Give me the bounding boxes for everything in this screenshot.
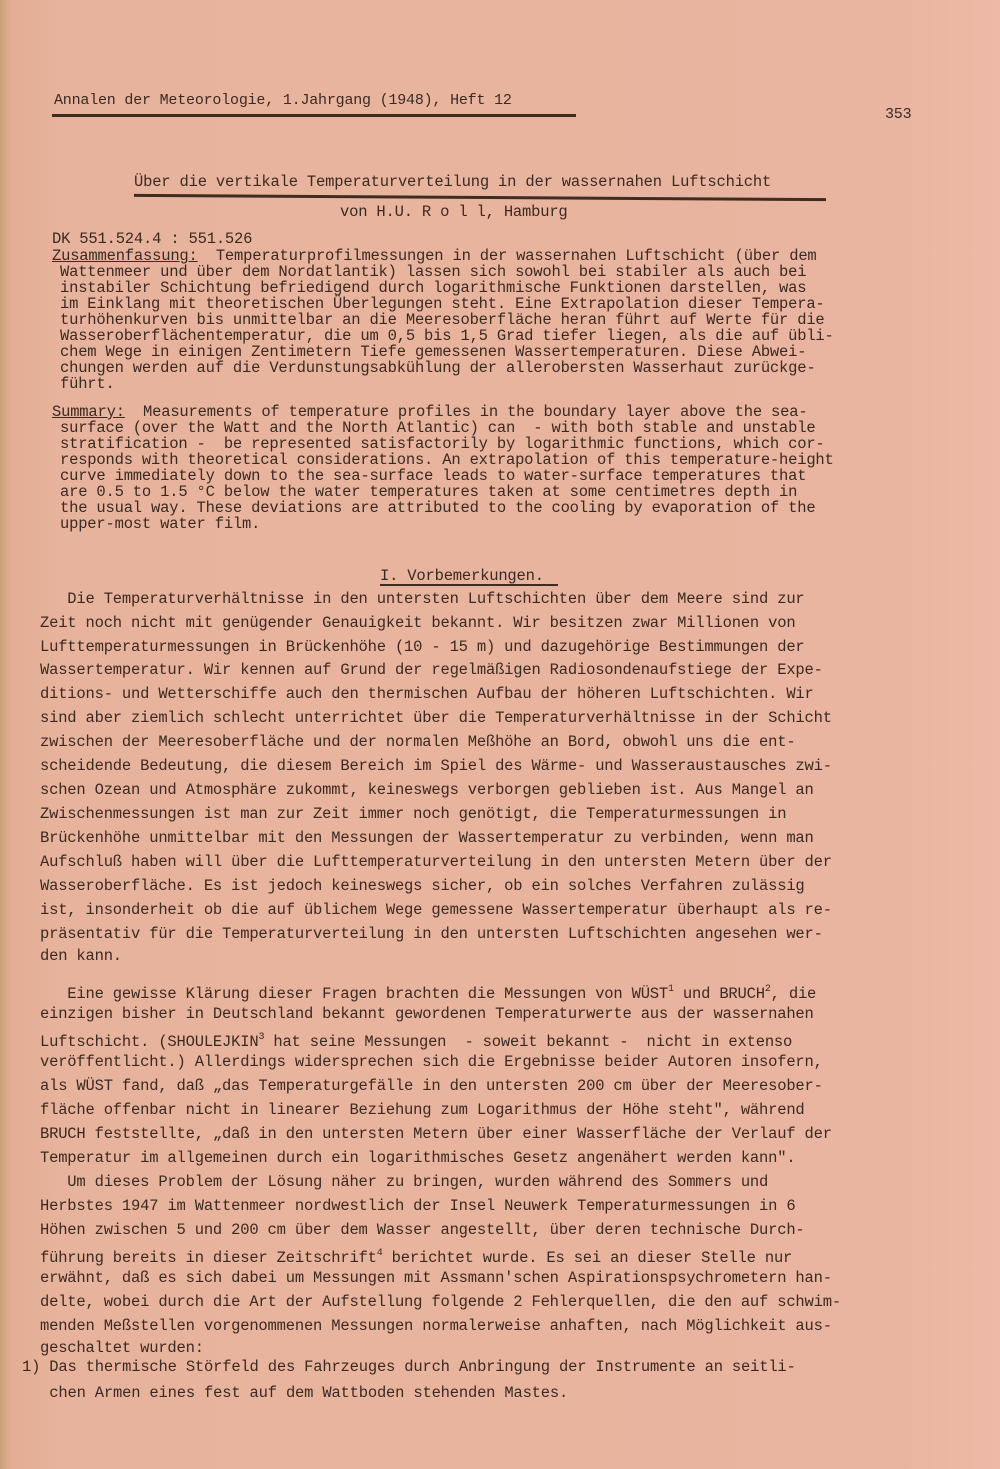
article-title: Über die vertikale Temperaturverteilung … bbox=[134, 173, 771, 191]
body-line: Wasseroberfläche. Es ist jedoch keineswe… bbox=[40, 877, 805, 895]
body-line: ditions- und Wetterschiffe auch den ther… bbox=[40, 685, 814, 703]
body-line: Um dieses Problem der Lösung näher zu br… bbox=[40, 1173, 768, 1191]
body-line: Die Temperaturverhältnisse in den unters… bbox=[40, 590, 805, 608]
body-line: Zwischenmessungen ist man zur Zeit immer… bbox=[40, 805, 786, 823]
body-line: Höhen zwischen 5 und 200 cm über dem Was… bbox=[40, 1221, 805, 1239]
zusammenfassung-line: im Einklang mit theoretischen Überlegung… bbox=[60, 296, 825, 312]
body-line: erwähnt, daß es sich dabei um Messungen … bbox=[40, 1269, 832, 1287]
dk-classification: DK 551.524.4 : 551.526 bbox=[52, 230, 252, 248]
body-line: menden Meßstellen vorgenommenen Messunge… bbox=[40, 1317, 832, 1335]
body-line: Eine gewisse Klärung dieser Fragen brach… bbox=[40, 981, 816, 1003]
summary-line: upper-most water film. bbox=[60, 516, 260, 532]
body-line: geschaltet wurden: bbox=[40, 1339, 204, 1357]
section-heading-underline bbox=[380, 584, 558, 586]
body-line: Luftschicht. (SHOULEJKIN3 hat seine Mess… bbox=[40, 1029, 792, 1051]
document-page: Annalen der Meteorologie, 1.Jahrgang (19… bbox=[0, 0, 1000, 1469]
page-number: 353 bbox=[885, 106, 911, 124]
body-line: zwischen der Meeresoberfläche und der no… bbox=[40, 733, 795, 751]
zusammenfassung-line: führt. bbox=[60, 376, 115, 392]
body-line: Temperatur im allgemeinen durch ein loga… bbox=[40, 1149, 795, 1167]
zusammenfassung-line: chungen werden auf die Verdunstungsabküh… bbox=[60, 360, 815, 376]
body-line: als WÜST fand, daß „das Temperaturgefäll… bbox=[40, 1077, 823, 1095]
summary-line: responds with theoretical considerations… bbox=[60, 452, 834, 468]
zusammenfassung-line: turhöhenkurven bis unmittelbar an die Me… bbox=[60, 312, 825, 328]
body-line: fläche offenbar nicht in linearer Bezieh… bbox=[40, 1101, 805, 1119]
body-line: führung bereits in dieser Zeitschrift4 b… bbox=[40, 1245, 792, 1267]
running-head-underline bbox=[52, 114, 576, 117]
summary-line: surface (over the Watt and the North Atl… bbox=[60, 420, 815, 436]
body-line: schen Ozean und Atmosphäre zukommt, kein… bbox=[40, 781, 814, 799]
summary-line: curve immediately down to the sea-surfac… bbox=[60, 468, 806, 484]
list-item: 1) Das thermische Störfeld des Fahrzeuge… bbox=[22, 1358, 796, 1376]
body-line: veröffentlicht.) Allerdings widerspreche… bbox=[40, 1053, 823, 1071]
body-line: Aufschluß haben will über die Lufttemper… bbox=[40, 853, 832, 871]
body-line: Brückenhöhe unmittelbar mit den Messunge… bbox=[40, 829, 814, 847]
summary-line: stratification - be represented satisfac… bbox=[60, 436, 825, 452]
body-line: einzigen bisher in Deutschland bekannt g… bbox=[40, 1005, 814, 1023]
zusammenfassung-line: Zusammenfassung: Temperaturprofilmessung… bbox=[52, 248, 817, 264]
summary-line: are 0.5 to 1.5 °C below the water temper… bbox=[60, 484, 797, 500]
zusammenfassung-line: chem Wege in einigen Zentimetern Tiefe g… bbox=[60, 344, 806, 360]
summary-line: Summary: Measurements of temperature pro… bbox=[52, 404, 807, 420]
summary-line: the usual way. These deviations are attr… bbox=[60, 500, 815, 516]
zusammenfassung-line: instabiler Schichtung befriedigend durch… bbox=[60, 280, 806, 296]
body-line: präsentativ für die Temperaturverteilung… bbox=[40, 925, 823, 943]
body-line: Wassertemperatur. Wir kennen auf Grund d… bbox=[40, 661, 823, 679]
body-line: Lufttemperaturmessungen in Brückenhöhe (… bbox=[40, 638, 805, 656]
zusammenfassung-line: Wasseroberflächentemperatur, die um 0,5 … bbox=[60, 328, 834, 344]
body-line: Zeit noch nicht mit genügender Genauigke… bbox=[40, 614, 795, 632]
body-line: sind aber ziemlich schlecht unterrichtet… bbox=[40, 709, 832, 727]
body-line: ist, insonderheit ob die auf üblichem We… bbox=[40, 901, 832, 919]
body-line: scheidende Bedeutung, die diesem Bereich… bbox=[40, 757, 832, 775]
body-line: Herbstes 1947 im Wattenmeer nordwestlich… bbox=[40, 1197, 795, 1215]
title-underline bbox=[134, 194, 826, 201]
body-line: den kann. bbox=[40, 947, 122, 965]
body-line: BRUCH feststellte, „daß in den untersten… bbox=[40, 1125, 832, 1143]
article-byline: von H.U. R o l l, Hamburg bbox=[340, 203, 568, 221]
running-head: Annalen der Meteorologie, 1.Jahrgang (19… bbox=[54, 92, 512, 110]
zusammenfassung-line: Wattenmeer und über dem Nordatlantik) la… bbox=[60, 264, 806, 280]
section-heading: I. Vorbemerkungen. bbox=[380, 567, 544, 585]
list-item: chen Armen eines fest auf dem Wattboden … bbox=[22, 1384, 568, 1402]
body-line: delte, wobei durch die Art der Aufstellu… bbox=[40, 1293, 841, 1311]
